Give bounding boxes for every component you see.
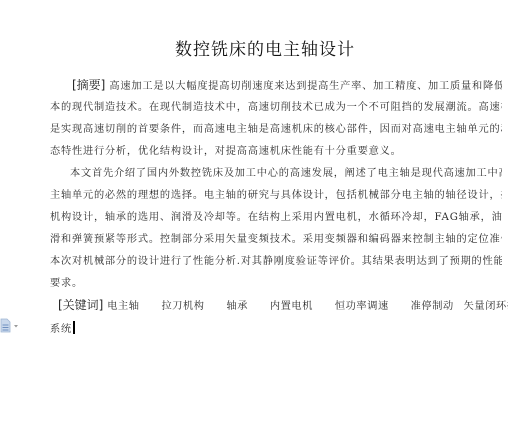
abstract-line-4: 态特性进行分析，优化结构设计，对提高高速机床性能有十分重要意义。 — [50, 145, 502, 158]
keywords-label: [关键词] — [58, 299, 103, 312]
text-cursor — [73, 321, 75, 334]
body-line-4: 滑和弹簧预紧等形式。控制部分采用矢量变频技术。采用变频器和编码器来控制主轴的定位… — [50, 233, 502, 246]
abstract-text: 高速加工是以大幅度提高切削速度来达到提高生产率、加工精度、加工质量和降低成 — [109, 81, 502, 92]
body-line-1: 本文首先介绍了国内外数控铣床及加工中心的高速发展，阐述了电主轴是现代高速加工中高… — [50, 167, 502, 180]
abstract-label: [摘要] — [72, 79, 105, 92]
keyword: 矢量闭环控制 — [464, 300, 508, 313]
document-page[interactable]: 数控铣床的电主轴设计 [摘要] 高速加工是以大幅度提高切削速度来达到提高生产率、… — [0, 0, 530, 434]
body-line-6: 要求。 — [50, 277, 502, 290]
chevron-down-icon — [14, 325, 18, 328]
document-layout-icon — [0, 318, 22, 334]
keyword: 内置电机 — [270, 300, 313, 313]
document-title: 数控铣床的电主轴设计 — [0, 35, 530, 60]
body-line-2: 主轴单元的必然的理想的选择。电主轴的研究与具体设计，包括机械部分电主轴的轴径设计… — [50, 189, 502, 202]
abstract-line-3: 是实现高速切削的首要条件，而高速电主轴是高速机床的核心部件，因而对高速电主轴单元… — [50, 123, 502, 136]
keyword: 电主轴 — [107, 300, 139, 313]
keyword: 恒功率调速 — [335, 300, 389, 313]
keyword: 准停制动 — [411, 300, 454, 313]
keywords-line: [关键词] 电主轴 拉刀机构 轴承 内置电机 恒功率调速 准停制动 矢量闭环控制 — [58, 299, 508, 313]
abstract-line-2: 本的现代制造技术。在现代制造技术中，高速切削技术已成为一个不可阻挡的发展潮流。高… — [50, 101, 502, 114]
body-line-5: 本次对机械部分的设计进行了性能分析.对其静刚度验证等评价。其结果表明达到了预期的… — [50, 255, 502, 268]
keywords-wrap-line[interactable]: 系统 — [50, 321, 502, 336]
keyword: 轴承 — [226, 300, 248, 313]
keyword-wrap-text: 系统 — [50, 324, 72, 335]
abstract-line-1: [摘要] 高速加工是以大幅度提高切削速度来达到提高生产率、加工精度、加工质量和降… — [50, 79, 502, 93]
body-line-3: 机构设计，轴承的选用、润滑及冷却等。在结构上采用内置电机，水循环冷却，FAG轴承… — [50, 211, 502, 224]
keyword: 拉刀机构 — [161, 300, 204, 313]
layout-options-button[interactable] — [0, 318, 22, 334]
